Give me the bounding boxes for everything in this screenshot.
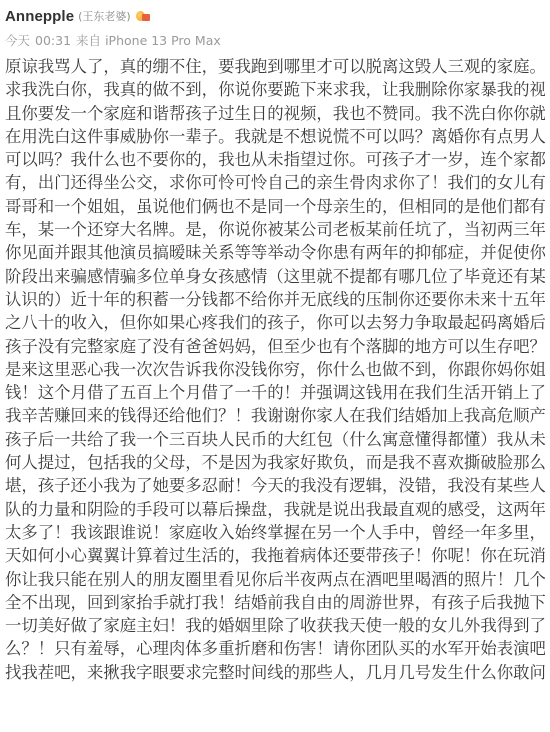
content-line: 在用洗白这件事威胁你一辈子。我就是不想说慌不可以吗？离婚你有点男人样不	[5, 125, 545, 148]
content-line: 求我洗白你，我真的做不到，你说你要跪下来求我，让我删除你家暴我的视频并	[5, 78, 545, 101]
content-line: 孩子没有完整家庭了没有爸爸妈妈，但至少也有个落脚的地方可以生存吧？而不	[5, 335, 545, 358]
content-line: 你让我只能在别人的朋友圈里看见你后半夜两点在酒吧里喝酒的照片！几个月完	[5, 568, 545, 591]
content-line: 认识的）近十年的积蓄一分钱都不给你并无底线的压制你还要你未来十五年百分	[5, 288, 545, 311]
content-line: 何人提过，包括我的父母，不是因为我家好欺负，而是我不喜欢撕破脸那么难	[5, 451, 545, 474]
content-line: 一切美好做了家庭主妇！我的婚姻里除了收获我天使一般的女儿外我得到了什	[5, 614, 545, 637]
post-meta: 今天00:31来自iPhone 13 Pro Max	[5, 30, 550, 52]
post-date: 今天	[5, 33, 30, 48]
content-line: 找我茬吧，来揪我字眼要求完整时间线的那些人，几月几号发生什么你敢问的我	[5, 661, 545, 684]
content-line: 是来这里恶心我一次次告诉我你没钱你穷，你什么也做不到，你跟你妈你姐借	[5, 358, 545, 381]
content-line: 之八十的收入，但你如果心疼我们的孩子，你可以去努力争取最起码离婚后虽然	[5, 311, 545, 334]
content-line: 有，出门还得坐公交，求你可怜可怜自己的亲生骨肉求你了！我们的女儿有一个	[5, 171, 545, 194]
author-nickname: (王东老婆)	[78, 8, 131, 24]
content-line: 堪，孩子还小我为了她要多忍耐！今天的我没有逻辑，没错，我没有某些人那团	[5, 474, 545, 497]
content-line: 全不出现，回到家抬手就打我！结婚前我自由的周游世界，有孩子后我抛下世间	[5, 591, 545, 614]
content-line: 车，某一个还穿大名牌。是，你说你被某公司老板某前任坑了，当初两三年不跟	[5, 218, 545, 241]
content-line: 哥哥和一个姐姐，虽说他们俩也不是同一个母亲生的，但相同的是他们都有房有	[5, 195, 545, 218]
badge-square	[142, 14, 150, 21]
post-device: iPhone 13 Pro Max	[105, 33, 221, 48]
post-time: 00:31	[35, 33, 71, 48]
content-line: 我辛苦赚回来的钱得还给他们？！我谢谢你家人在我们结婚加上我高危顺产生完	[5, 404, 545, 427]
content-line: 孩子后一共给了我一个三百块人民币的大红包（什么寓意懂得都懂）我从未和任	[5, 428, 545, 451]
post-source-prefix: 来自	[76, 33, 101, 48]
post-content: 原谅我骂人了，真的绷不住，要我跑到哪里才可以脱离这毁人三观的家庭。回来 求我洗白…	[5, 55, 545, 684]
weibo-post: Annepple (王东老婆) 今天00:31来自iPhone 13 Pro M…	[0, 0, 550, 732]
content-line: 么？！只有羞辱，心理肉体多重折磨和伤害！请你团队买的水军开始表演吧，来	[5, 637, 545, 660]
content-line: 可以吗？我什么也不要你的，我也从未指望过你。可孩子才一岁，连个家都没	[5, 148, 545, 171]
content-line: 天如何小心翼翼计算着过生活的，我拖着病体还要带孩子！你呢！你在玩消失！	[5, 544, 545, 567]
author-username[interactable]: Annepple	[5, 8, 74, 25]
fan-badge-icon[interactable]	[136, 9, 152, 23]
content-line: 且你要发一个家庭和谐帮孩子过生日的视频，我也不赞同。我不洗白你你就说我	[5, 102, 545, 125]
content-line: 你见面并跟其他演员搞暧昧关系等等举动令你患有两年的抑郁症，并促使你那个	[5, 241, 545, 264]
post-header: Annepple (王东老婆)	[5, 0, 550, 30]
content-line: 钱！这个月借了五百上个月借了一千的！并强调这钱用在我们生活开销上了所以	[5, 381, 545, 404]
content-line: 原谅我骂人了，真的绷不住，要我跑到哪里才可以脱离这毁人三观的家庭。回来	[5, 55, 545, 78]
content-line: 队的力量和阴险的手段可以幕后操盘，我就是说出我最直观的感受，这两年委屈	[5, 498, 545, 521]
content-line: 阶段出来骗感情骗多位单身女孩感情（这里就不提都有哪几位了毕竟还有某前任	[5, 265, 545, 288]
content-line: 太多了！我该跟谁说！家庭收入始终掌握在另一个人手中，曾经一年多里，我每	[5, 521, 545, 544]
